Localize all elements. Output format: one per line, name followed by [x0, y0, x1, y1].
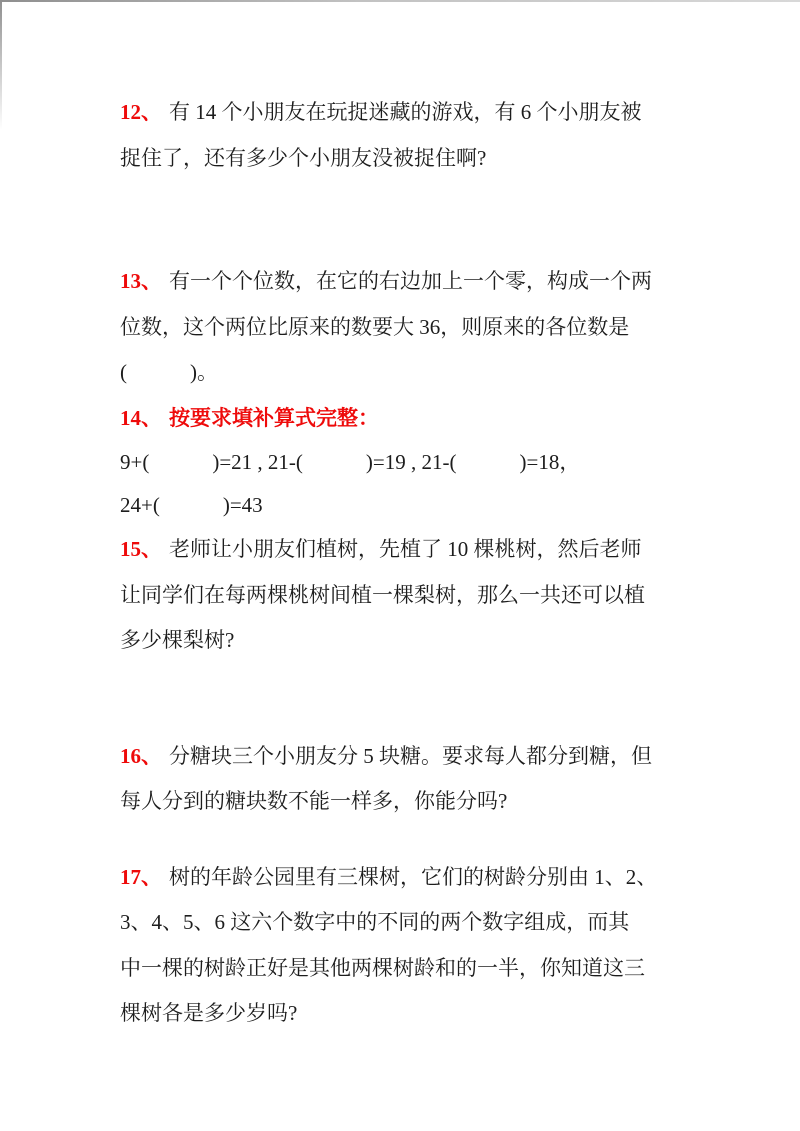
- problem-first-line: 16、分糖块三个小朋友分 5 块糖。要求每人都分到糖，但: [120, 734, 700, 780]
- problem-text-line: 让同学们在每两棵桃树间植一棵梨树，那么一共还可以植: [120, 573, 700, 619]
- problem-text: 有 14 个小朋友在玩捉迷藏的游戏，有 6 个小朋友被: [169, 100, 642, 124]
- problem-text-line: 中一棵的树龄正好是其他两棵树龄和的一半，你知道这三: [120, 946, 700, 992]
- problem-number: 13、: [120, 269, 162, 293]
- problem-text: 有一个个位数，在它的右边加上一个零，构成一个两: [169, 269, 652, 293]
- problem-text-line: 24+( )=43: [120, 484, 700, 527]
- problem-list: 12、有 14 个小朋友在玩捉迷藏的游戏，有 6 个小朋友被捉住了，还有多少个小…: [0, 0, 800, 1037]
- problem-text: 老师让小朋友们植树，先植了 10 棵桃树，然后老师: [169, 537, 642, 561]
- problem-first-line: 17、树的年龄公园里有三棵树，它们的树龄分别由 1、2、: [120, 855, 700, 901]
- problem-15: 15、老师让小朋友们植树，先植了 10 棵桃树，然后老师让同学们在每两棵桃树间植…: [120, 527, 700, 664]
- problem-13: 13、有一个个位数，在它的右边加上一个零，构成一个两位数，这个两位比原来的数要大…: [120, 259, 700, 396]
- problem-text: 分糖块三个小朋友分 5 块糖。要求每人都分到糖，但: [169, 744, 652, 768]
- problem-text-line: 位数，这个两位比原来的数要大 36，则原来的各位数是: [120, 305, 700, 351]
- problem-first-line: 15、老师让小朋友们植树，先植了 10 棵桃树，然后老师: [120, 527, 700, 573]
- problem-text-line: 每人分到的糖块数不能一样多，你能分吗?: [120, 779, 700, 825]
- problem-text-line: 捉住了，还有多少个小朋友没被捉住啊?: [120, 136, 700, 182]
- problem-number: 17、: [120, 865, 162, 889]
- problem-text-line: 3、4、5、6 这六个数字中的不同的两个数字组成，而其: [120, 900, 700, 946]
- problem-16: 16、分糖块三个小朋友分 5 块糖。要求每人都分到糖，但每人分到的糖块数不能一样…: [120, 734, 700, 825]
- problem-number: 14、: [120, 406, 162, 430]
- page-left-edge: [0, 0, 2, 130]
- page-top-edge: [0, 0, 800, 2]
- problem-17: 17、树的年龄公园里有三棵树，它们的树龄分别由 1、2、3、4、5、6 这六个数…: [120, 855, 700, 1037]
- problem-text-line: 棵树各是多少岁吗?: [120, 991, 700, 1037]
- problem-number: 15、: [120, 537, 162, 561]
- worksheet-page: 12、有 14 个小朋友在玩捉迷藏的游戏，有 6 个小朋友被捉住了，还有多少个小…: [0, 0, 800, 1037]
- problem-text-line: ( )。: [120, 350, 700, 396]
- problem-first-line: 14、按要求填补算式完整：: [120, 396, 700, 442]
- problem-text-line: 9+( )=21 , 21-( )=19 , 21-( )=18，: [120, 441, 700, 484]
- problem-number: 12、: [120, 100, 162, 124]
- problem-text-line: 多少棵梨树?: [120, 618, 700, 664]
- problem-number: 16、: [120, 744, 162, 768]
- problem-heading: 按要求填补算式完整：: [169, 406, 379, 430]
- problem-12: 12、有 14 个小朋友在玩捉迷藏的游戏，有 6 个小朋友被捉住了，还有多少个小…: [120, 90, 700, 181]
- problem-first-line: 13、有一个个位数，在它的右边加上一个零，构成一个两: [120, 259, 700, 305]
- problem-14: 14、按要求填补算式完整：9+( )=21 , 21-( )=19 , 21-(…: [120, 396, 700, 528]
- problem-text: 树的年龄公园里有三棵树，它们的树龄分别由 1、2、: [169, 865, 657, 889]
- problem-first-line: 12、有 14 个小朋友在玩捉迷藏的游戏，有 6 个小朋友被: [120, 90, 700, 136]
